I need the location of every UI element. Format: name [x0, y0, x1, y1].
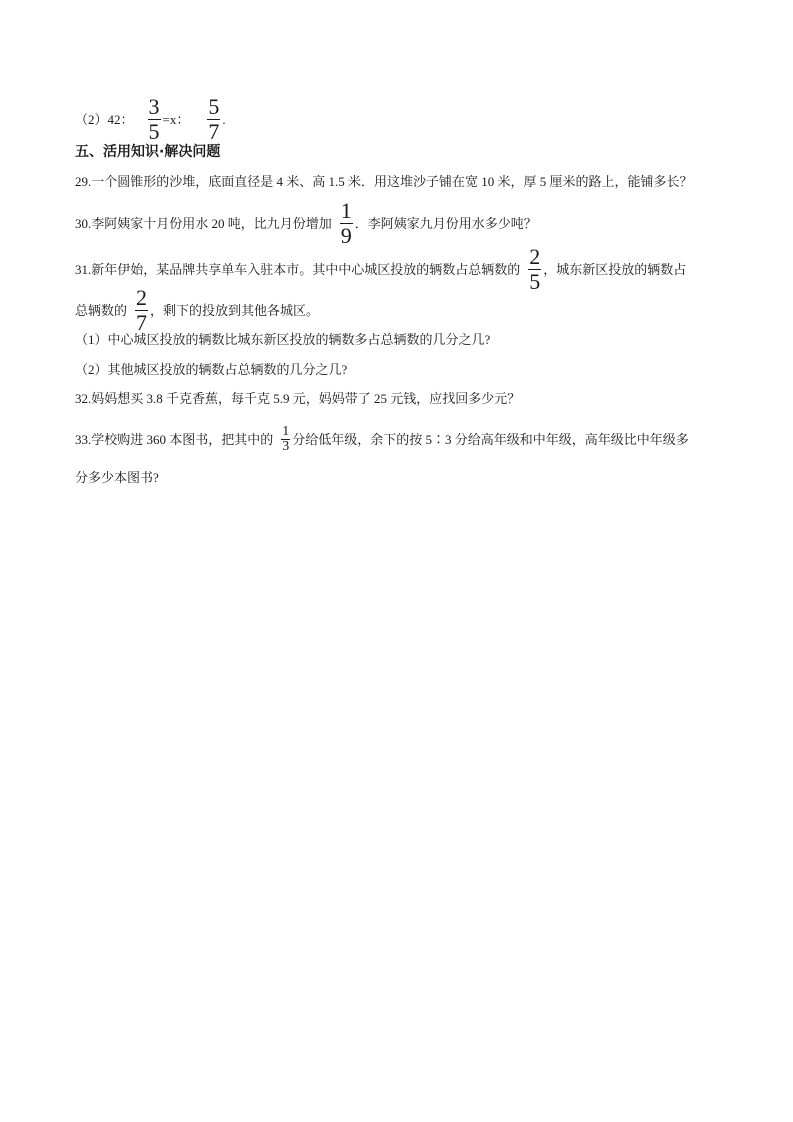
fraction-3-5: 3 5: [148, 96, 161, 143]
question-30: 30.李阿姨家十月份用水 20 吨，比九月份增加 1 9 ．李阿姨家九月份用水多…: [75, 200, 537, 247]
question-31-line-1: 31.新年伊始，某品牌共享单车入驻本市。其中中心城区投放的辆数占总辆数的 2 5…: [75, 246, 686, 293]
fraction-denominator: 9: [341, 224, 352, 247]
fraction-5-7: 5 7: [207, 96, 220, 143]
prev-item-proportion: （2）42： 3 5 =x： 5 7 .: [75, 96, 226, 143]
fraction-numerator: 2: [528, 246, 541, 270]
question-31-text-after: ，城东新区投放的辆数占: [543, 261, 686, 279]
prev-item-prefix: （2）42：: [75, 111, 134, 129]
question-31-line-2-before: 总辆数的: [75, 302, 127, 320]
fraction-numerator: 3: [148, 96, 161, 120]
question-31-line-2: 总辆数的 2 7 ，剩下的投放到其他各城区。: [75, 287, 319, 334]
question-33-line-2: 分多少本图书?: [75, 469, 159, 487]
fraction-denominator: 5: [529, 270, 540, 293]
question-30-text-after: ．李阿姨家九月份用水多少吨？: [355, 215, 537, 233]
question-30-text-before: 30.李阿姨家十月份用水 20 吨，比九月份增加: [75, 215, 332, 233]
question-29: 29.一个圆锥形的沙堆，底面直径是 4 米、高 1.5 米．用这堆沙子铺在宽 1…: [75, 173, 693, 191]
document-page: （2）42： 3 5 =x： 5 7 . 五、活用知识·解决问题 29.一个圆锥…: [0, 0, 793, 1122]
question-33-line-1: 33.学校购进 360 本图书，把其中的 1 3 分给低年级，余下的按 5∶3 …: [75, 425, 689, 454]
fraction-2-5: 2 5: [528, 246, 541, 293]
question-31-line-2-after: ，剩下的投放到其他各城区。: [150, 302, 319, 320]
fraction-numerator: 1: [281, 425, 290, 440]
question-31-text-before: 31.新年伊始，某品牌共享单车入驻本市。其中中心城区投放的辆数占总辆数的: [75, 261, 520, 279]
fraction-1-3: 1 3: [281, 425, 290, 454]
prev-item-suffix: .: [222, 111, 225, 129]
fraction-numerator: 2: [135, 287, 148, 311]
question-33-text-after: 分给低年级，余下的按 5∶3 分给高年级和中年级，高年级比中年级多: [292, 431, 689, 449]
fraction-numerator: 1: [340, 200, 353, 224]
fraction-denominator: 5: [149, 120, 160, 143]
prev-item-middle: =x：: [163, 111, 190, 129]
fraction-denominator: 3: [282, 440, 289, 454]
question-31-sub-1: （1）中心城区投放的辆数比城东新区投放的辆数多占总辆数的几分之几?: [75, 331, 490, 349]
question-32: 32.妈妈想买 3.8 千克香蕉，每千克 5.9 元，妈妈带了 25 元钱，应找…: [75, 390, 520, 408]
fraction-2-7: 2 7: [135, 287, 148, 334]
question-33-text-before: 33.学校购进 360 本图书，把其中的: [75, 431, 273, 449]
fraction-1-9: 1 9: [340, 200, 353, 247]
fraction-denominator: 7: [208, 120, 219, 143]
section-heading: 五、活用知识·解决问题: [75, 143, 220, 161]
fraction-numerator: 5: [207, 96, 220, 120]
question-31-sub-2: （2）其他城区投放的辆数占总辆数的几分之几?: [75, 361, 347, 379]
